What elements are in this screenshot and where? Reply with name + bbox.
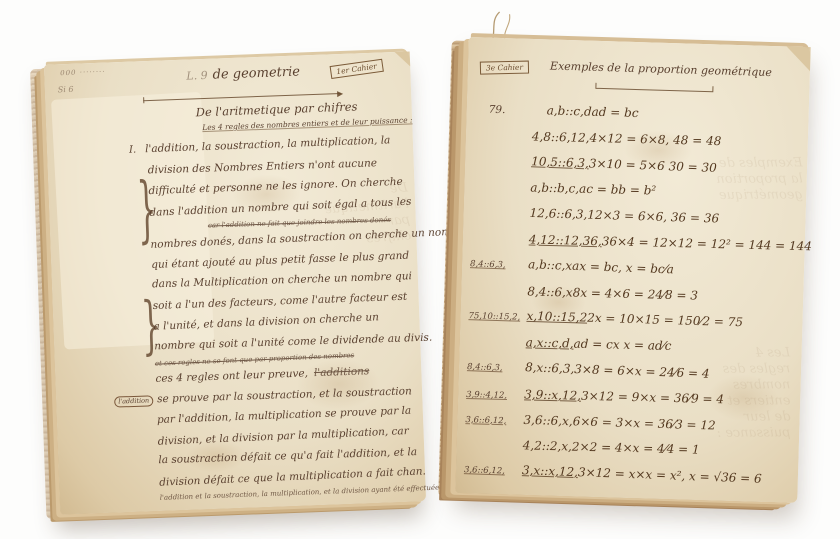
proportion-lead: 4,12::12,36, — [529, 232, 602, 248]
equation-rest: 8x = 4×6 = 24⁄8 = 3 — [573, 285, 699, 302]
title-bracket — [595, 83, 713, 92]
corner-scribble: Si 6 — [58, 85, 74, 95]
equation-rest: ad = bc — [591, 105, 638, 120]
proportion-lead: 10,5::6,3, — [531, 154, 589, 170]
proportion-lead: 4,8::6,12, — [532, 129, 590, 144]
margin-proportion-label — [473, 163, 531, 165]
equation-rest: ax = bc, x = bc⁄a — [572, 259, 674, 277]
proportion-lead: 4,2::2,x, — [523, 439, 573, 454]
proportion-lead: a,b::b,c, — [530, 181, 579, 196]
margin-proportion-label: 79. — [475, 103, 547, 117]
margin-proportion-label: 3,9::4,12, — [466, 390, 524, 401]
margin-proportion-label — [474, 139, 532, 140]
left-notebook: De l'aritmetique par chifres 000 ·······… — [44, 51, 426, 514]
equation-rest: 12×3 = 6×6, 36 = 36 — [587, 208, 719, 226]
photo-backdrop: De l'aritmetique par chifres 000 ·······… — [0, 0, 840, 539]
equation-rest: 4×12 = 6×8, 48 = 48 — [589, 131, 721, 148]
proportion-lead: 8,4::6,x — [527, 284, 573, 299]
title-text: de geometrie — [212, 64, 300, 82]
page-title: L. 9de geometrie — [186, 64, 300, 83]
right-page: Exemples de la proportion geométrique Le… — [455, 37, 810, 503]
proportion-lead: 12,6::6,3, — [529, 206, 587, 222]
proportion-lead: 3,9::x,12, — [524, 387, 581, 402]
dog-ear-corner — [395, 51, 411, 67]
cahier-badge: 1er Cahier — [330, 59, 384, 79]
circled-word: l'addition — [114, 395, 153, 407]
struck-word: l'additions — [314, 365, 370, 379]
math-lines: 79.a,b::c,d ad = bc 4,8::6,12, 4×12 = 6×… — [463, 101, 804, 498]
cahier-badge: 3e Cahier — [480, 61, 529, 75]
page-title: Exemples de la proportion geométrique — [550, 59, 772, 79]
equation-rest: 2×2 = 4×x = 4⁄4 = 1 — [572, 440, 700, 457]
line-text: l'addition, la soustraction, la multipli… — [145, 134, 391, 155]
right-notebook: Exemples de la proportion geométrique Le… — [455, 37, 810, 503]
section-heading: De l'aritmetique par chifres — [195, 99, 357, 119]
margin-proportion-label — [468, 345, 526, 346]
equation-rest: 3×12 = 9×x = 36⁄9 = 4 — [581, 389, 724, 406]
proportion-lead: 3,6::6,x, — [523, 412, 573, 427]
line-text: dans la Multiplication on cherche un nom… — [152, 270, 412, 290]
proportion-lead: 8,x::6,3, — [525, 360, 575, 376]
proportion-lead: a,b::c,x — [528, 257, 573, 273]
proportion-lead: x,10::15,2 — [526, 309, 587, 325]
margin-proportion-label — [469, 294, 527, 295]
body-text: I.l'addition, la soustraction, la multip… — [147, 130, 422, 504]
margin-proportion-label: 8,4::6,3, — [470, 259, 528, 271]
margin-proportion-label — [465, 448, 523, 449]
corner-scribble: 000 ········ — [60, 68, 106, 78]
margin-proportion-label — [471, 242, 529, 243]
margin-proportion-label: 3,6::6,12, — [464, 465, 522, 477]
margin-proportion-label: 3,6::6,12, — [465, 415, 523, 427]
equation-rest: ac = bb = b² — [579, 182, 656, 198]
proportion-lead: a,x::c,d, — [526, 336, 574, 351]
proportion-lead: 3,x::x,12, — [522, 463, 578, 479]
line-numeral: I. — [129, 145, 137, 156]
title-prefix: L. 9 — [186, 69, 208, 83]
title-underline-flourish — [143, 88, 341, 101]
dog-ear-corner — [786, 46, 811, 71]
margin-proportion-label — [472, 190, 530, 191]
proportion-lead: a,b::c,d — [546, 103, 591, 118]
line-text: division des Nombres Entiers n'ont aucun… — [148, 157, 378, 176]
left-page: De l'aritmetique par chifres 000 ·······… — [44, 51, 426, 514]
binding-threads — [483, 9, 544, 41]
margin-proportion-label — [472, 215, 530, 217]
margin-proportion-label: 75,10::15,2, — [468, 312, 526, 324]
equation-rest: ad = cx x = ad⁄c — [573, 337, 671, 353]
margin-proportion-label: 8,4::6,3, — [467, 362, 525, 374]
line-text: ces 4 regles ont leur preuve, — [155, 367, 308, 385]
line-text: se prouve par la soustraction, et la sou… — [157, 385, 412, 405]
